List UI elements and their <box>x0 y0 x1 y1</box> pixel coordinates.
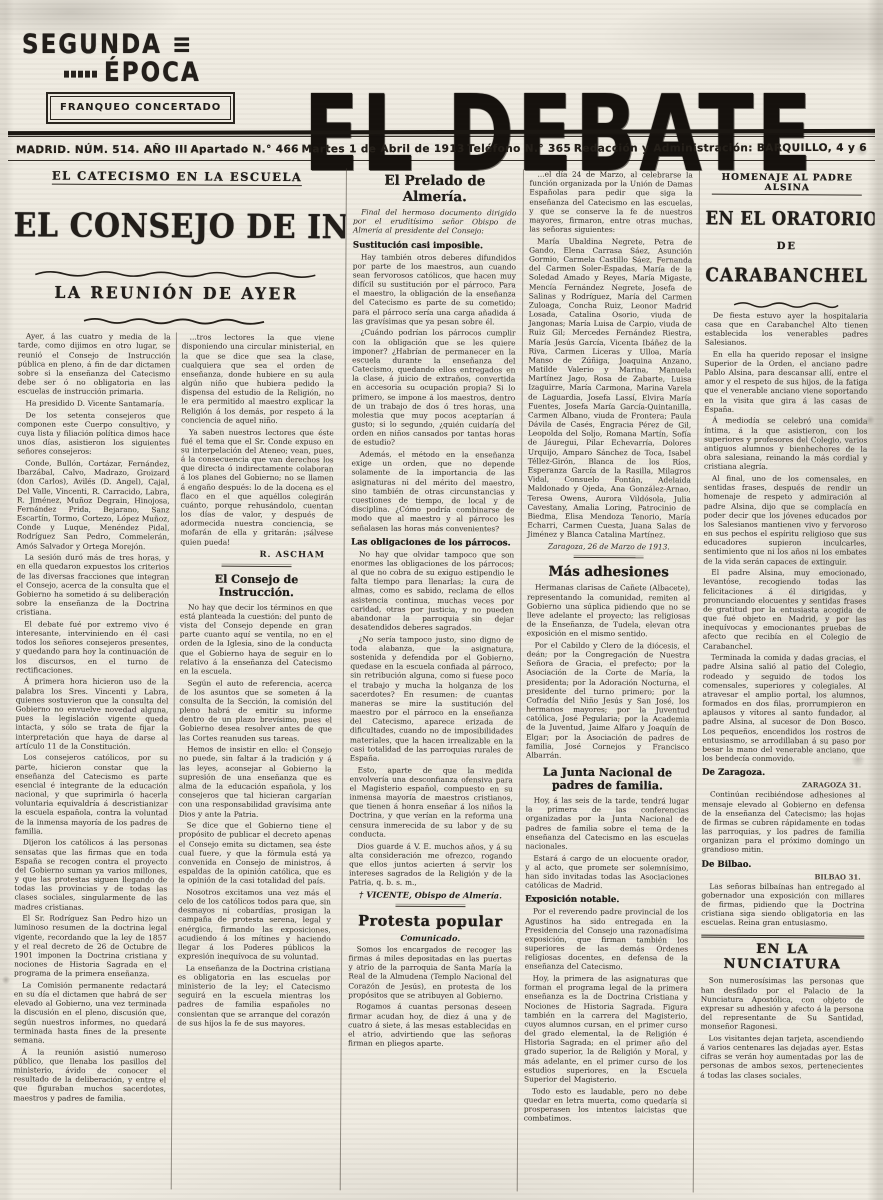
page-columns: EL CATECISMO EN LA ESCUELA EL CONSEJO DE… <box>0 160 883 1193</box>
paragraph: Según el auto de referencia, acerca de l… <box>179 678 332 743</box>
epoch-block: SEGUNDA ≡ ÉPOCA FRANQUEO CONCERTADO <box>22 18 247 126</box>
paragraph: Son numerosísimas las personas que han d… <box>701 976 865 1032</box>
section-divider <box>574 557 644 558</box>
paragraph: Se dice que el Gobierno tiene el propósi… <box>178 821 331 886</box>
paragraph: No hay que decir los términos en que est… <box>180 602 333 676</box>
edition-number: MADRID. NÚM. 514. AÑO III <box>16 144 188 156</box>
adhesiones-top: ...el día 24 de Marzo, al celebrarse la … <box>527 170 692 540</box>
epoch-text-1: SEGUNDA <box>22 30 162 60</box>
author-signature: R. ASCHAM <box>180 549 325 560</box>
epoch-dash-ornament <box>64 70 98 77</box>
lead-subhead: LA REUNIÓN DE AYER <box>13 282 340 304</box>
telephone: Teléfono N.° 365 <box>467 143 571 155</box>
paragraph: La sesión duró más de tres horas, y en e… <box>16 553 169 618</box>
letter-dateline: Zaragoza, 26 de Marzo de 1913. <box>527 542 690 552</box>
franqueo-box: FRANQUEO CONCERTADO <box>50 96 231 120</box>
masthead: SEGUNDA ≡ ÉPOCA FRANQUEO CONCERTADO EL D… <box>0 0 883 128</box>
paragraph: De fiesta estuvo ayer la hospitalaria ca… <box>705 310 868 348</box>
apartado: Apartado N.° 466 <box>190 143 298 155</box>
oratorio-headline-2: DE <box>705 241 868 253</box>
lead-headline: EL CONSEJO DE INSTRUCCIÓN <box>13 208 340 247</box>
epoch-text-2: ÉPOCA <box>104 58 201 88</box>
section-divider <box>395 906 465 907</box>
oratorio-kicker-rule <box>712 194 862 196</box>
issue-date: Martes 1 de Abril de 1913 <box>302 143 465 155</box>
section-divider <box>222 565 292 566</box>
paragraph: Terminada la comida y dadas gracias, el … <box>702 653 866 764</box>
paragraph: El debate fué por extremo vivo é interes… <box>16 619 169 675</box>
kicker-rule <box>52 184 302 187</box>
exposicion-heading: Exposición notable. <box>525 895 688 906</box>
junta-heading: La Junta Nacional de padres de familia. <box>526 766 689 793</box>
junta-body: Hoy, á las seis de la tarde, tendrá luga… <box>525 796 689 891</box>
mas-adhesiones-body: Hermanas clarisas de Cañete (Albacete), … <box>526 583 690 761</box>
paragraph: Por el Cabildo y Clero de la diócesis, e… <box>526 640 690 760</box>
paragraph: Los consejeros católicos, por su parte, … <box>15 753 168 836</box>
paragraph: Rogamos á cuantas personas deseen firmar… <box>348 1002 511 1049</box>
bilbao-text: Las señoras bilbaínas han entregado al g… <box>701 881 864 928</box>
paragraph: La Comisión permanente redactará en su d… <box>14 980 167 1045</box>
paragraph: Esto, aparte de que la medida envolvería… <box>349 765 513 839</box>
paragraph: La enseñanza de la Doctrina cristiana es… <box>177 963 330 1028</box>
oratorio-headline-1: EN EL ORATORIO SALESIANO <box>705 207 868 229</box>
protesta-body: Somos los encargados de recoger las firm… <box>348 944 512 1048</box>
mas-adhesiones-heading: Más adhesiones <box>527 564 690 581</box>
oratorio-kicker: HOMENAJE AL PADRE ALSINA <box>706 173 869 194</box>
paragraph: Estará á cargo de un elocuente orador, y… <box>525 853 688 891</box>
paragraph: Hermanas clarisas de Cañete (Albacete), … <box>527 583 691 639</box>
followup-body: No hay que decir los términos en que est… <box>177 602 332 1028</box>
admin-address: Redacción y Administración: BARQUILLO, 4… <box>574 142 867 155</box>
paragraph: Á mediodía se celebró una comida íntima,… <box>704 416 868 472</box>
paragraph: El padre Alsina, muy emocionado, levantó… <box>703 568 867 652</box>
column-prelado: El Prelado de Almería. Final del hermoso… <box>340 168 522 1191</box>
paragraph: De los setenta consejeros que componen e… <box>17 410 170 457</box>
zaragoza-text: Continúan recibiéndose adhesiones al men… <box>702 790 866 855</box>
column-oratorio: HOMENAJE AL PADRE ALSINA EN EL ORATORIO … <box>693 171 875 1194</box>
paragraph: ...tros lectores la que viene disponiend… <box>181 333 334 426</box>
nunciatura-body: Son numerosísimas las personas que han d… <box>700 976 864 1080</box>
followup-heading: El Consejo de Instrucción. <box>180 572 333 599</box>
paragraph: ¿Cuándo podrían los párrocos cumplir con… <box>352 328 516 448</box>
paragraph: Conde, Bullón, Cortázar, Fernández, Ibar… <box>17 458 170 551</box>
paragraph: Á la reunión asistió numeroso público, q… <box>13 1047 166 1103</box>
paragraph: Ya saben nuestros lectores que éste fué … <box>180 427 333 547</box>
prelado-intro: Final del hermoso documento dirigido por… <box>353 207 516 236</box>
paragraph: En ella ha querido reposar el insigne Su… <box>704 349 868 414</box>
paragraph: Hemos de insistir en ello: el Consejo no… <box>179 745 332 819</box>
prelado-section2: No hay que olvidar tampoco que son enorm… <box>349 549 514 888</box>
lead-body: Ayer, á las cuatro y media de la tarde, … <box>8 332 340 1191</box>
prelado-section1: Hay también otros deberes difundidos por… <box>351 252 516 533</box>
bilbao-dateline: BILBAO 31. <box>701 871 860 881</box>
bishop-signature: † VICENTE, Obispo de Almería. <box>349 889 512 900</box>
paragraph: Dios guarde á V. E. muchos años, y á su … <box>349 841 512 888</box>
paragraph: Ha presidido D. Vicente Santamaría. <box>17 398 170 408</box>
prelado-heading: El Prelado de Almería. <box>353 172 516 205</box>
paragraph: Somos los encargados de recoger las firm… <box>348 944 512 1000</box>
paragraph: No hay que olvidar tampoco que son enorm… <box>351 549 515 633</box>
paragraph: Al final, uno de los comensales, en sent… <box>703 474 867 567</box>
lead-body-col2: ...tros lectores la que viene disponiend… <box>170 333 339 1191</box>
paragraph: Los visitantes dejan tarjeta, ascendiend… <box>700 1034 863 1081</box>
protesta-heading: Protesta popular <box>349 912 512 930</box>
crosshead-obligaciones: Las obligaciones de los párrocos. <box>351 537 514 548</box>
paragraph: Por el reverendo padre provincial de los… <box>525 907 689 972</box>
paragraph: Dijeron los católicos á las personas sen… <box>14 838 167 912</box>
zaragoza-heading: De Zaragoza. <box>702 768 865 779</box>
paragraph: El Sr. Rodríguez San Pedro hizo un lumin… <box>14 914 167 979</box>
paragraph: Todo esto es laudable, pero no debe qued… <box>524 1086 687 1124</box>
paragraph: Á primera hora hicieron uso de la palabr… <box>15 677 168 751</box>
zaragoza-dateline: ZARAGOZA 31. <box>702 780 861 790</box>
lead-kicker: EL CATECISMO EN LA ESCUELA <box>14 168 340 184</box>
paragraph: ¿No sería tampoco justo, sino digno de t… <box>350 634 514 763</box>
newspaper-page: SEGUNDA ≡ ÉPOCA FRANQUEO CONCERTADO EL D… <box>0 0 883 1200</box>
crosshead-sustitucion: Sustitución casi imposible. <box>353 240 516 251</box>
oratorio-flourish-icon <box>732 300 842 309</box>
column-adhesiones: ...el día 24 de Marzo, al celebrarse la … <box>516 169 698 1192</box>
paragraph: Además, el método en la enseñanza exige … <box>351 450 515 534</box>
lead-article: EL CATECISMO EN LA ESCUELA EL CONSEJO DE… <box>2 166 347 1190</box>
flourish-underline-icon <box>31 268 321 280</box>
oratorio-headline-3: CARABANCHEL <box>705 265 868 288</box>
bilbao-heading: De Bilbao. <box>702 859 865 870</box>
dateline-row: MADRID. NÚM. 514. AÑO III Apartado N.° 4… <box>0 138 883 159</box>
epoch-line1: SEGUNDA ≡ <box>22 30 247 60</box>
paragraph: Hoy, la primera de las asignaturas que f… <box>524 974 688 1085</box>
paragraph: Hoy, á las seis de la tarde, tendrá luga… <box>525 796 689 852</box>
nunciatura-heading: EN LA NUNCIATURA <box>701 935 864 973</box>
subhead-flourish-icon <box>81 317 271 326</box>
oratorio-body: De fiesta estuvo ayer la hospitalaria ca… <box>702 310 868 764</box>
lead-body-col1: Ayer, á las cuatro y media de la tarde, … <box>8 332 176 1191</box>
lead-body-col2-text: ...tros lectores la que viene disponiend… <box>180 333 334 547</box>
epoch-equals-mark: ≡ <box>172 30 189 60</box>
paragraph: María Ubaldina Negrete, Petra de Gando, … <box>527 236 692 540</box>
protesta-subhead: Comunicado. <box>349 932 512 943</box>
paragraph: Hay también otros deberes difundidos por… <box>352 252 516 326</box>
paragraph: Nosotros excitamos una vez más el celo d… <box>178 887 331 961</box>
epoch-line2: ÉPOCA <box>64 58 247 88</box>
exposicion-body: Por el reverendo padre provincial de los… <box>524 907 689 1124</box>
paragraph: ...el día 24 de Marzo, al celebrarse la … <box>529 170 693 235</box>
paragraph: Ayer, á las cuatro y media de la tarde, … <box>18 332 171 397</box>
